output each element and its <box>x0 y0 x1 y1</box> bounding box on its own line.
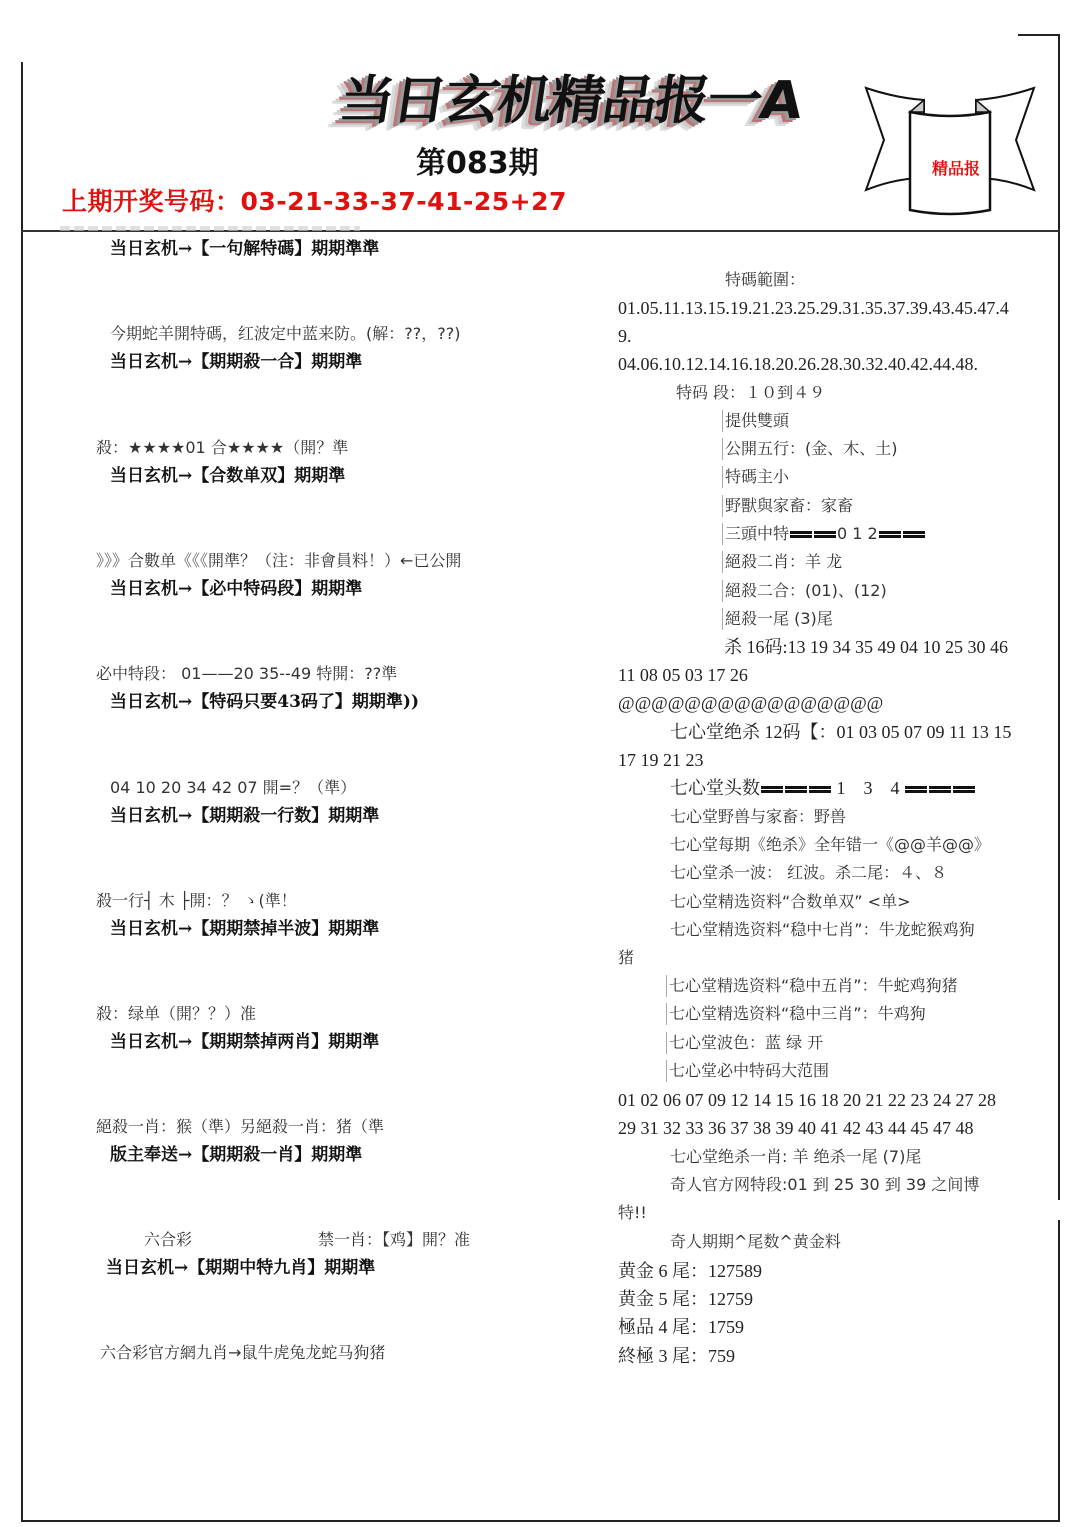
tail-label: 黄金 5 尾： <box>618 1289 708 1309</box>
tail-label: 終極 3 尾： <box>618 1346 708 1366</box>
range-odd-numbers: 01.05.11.13.15.19.21.23.25.29.31.35.37.3… <box>618 297 1009 319</box>
tail-row: 黄金 5 尾：12759 <box>618 1288 753 1310</box>
special-segment: 特码 段：１０到４９ <box>676 382 825 404</box>
kill16-numbers: 13 19 34 35 49 04 10 25 30 46 <box>788 637 1009 657</box>
bar-decoration <box>879 531 901 538</box>
qxt-line: 七心堂每期《绝杀》全年错一《@@羊@@》 <box>670 834 990 856</box>
info-item: 提供雙頭 <box>722 410 789 432</box>
section-heading: 当日玄机→【期期禁掉两肖】期期準 <box>110 1031 379 1053</box>
qxt-line: 七心堂波色：蓝 绿 开 <box>666 1032 823 1054</box>
info-item: 野獸與家畜：家畜 <box>722 495 853 517</box>
section-detail: 絕殺一肖：猴（準）另絕殺一肖：猪（準 <box>96 1116 384 1138</box>
at-divider: @@@@@@@@@@@@@@@@ <box>618 692 883 714</box>
tail-label: 極品 4 尾： <box>618 1317 708 1337</box>
bar-decoration <box>785 786 807 793</box>
section-detail: 必中特段： 01——20 35--49 特開：??準 <box>96 663 397 685</box>
qxt-heads-label: 七心堂头数 <box>670 778 760 798</box>
range-odd-numbers-wrap: 9. <box>618 325 632 347</box>
qxt-line: 七心堂精选资料“稳中三肖”：牛鸡狗 <box>666 1003 926 1025</box>
tail-row: 終極 3 尾：759 <box>618 1345 735 1367</box>
range-title: 特碼範圍： <box>725 269 805 291</box>
big-range-numbers: 01 02 06 07 09 12 14 15 16 18 20 21 22 2… <box>618 1089 996 1111</box>
kill16-line: 杀 16码:13 19 34 35 49 04 10 25 30 46 <box>724 636 1008 658</box>
section-heading: 当日玄机→【特码只要43码了】期期準)) <box>110 691 419 713</box>
tail-value: 759 <box>708 1346 735 1366</box>
last-draw-numbers: 03-21-33-37-41-25+27 <box>241 187 567 216</box>
section-detail: 殺：★★★★01 合★★★★（開？準 <box>96 437 348 459</box>
bar-decoration <box>903 531 925 538</box>
last-draw-label: 上期开奖号码： <box>62 187 241 216</box>
qxt-line: 七心堂精选资料“合数单双” <单> <box>670 891 910 913</box>
qiren-segment-wrap: 特!! <box>618 1202 647 1224</box>
tail-row: 極品 4 尾：1759 <box>618 1316 744 1338</box>
page-border-right <box>1058 34 1060 1522</box>
section-heading: 当日玄机→【期期中特九肖】期期準 <box>106 1257 375 1279</box>
qxt-heads-numbers: 1 3 4 <box>837 778 900 798</box>
qxt-line: 七心堂杀一波： 红波。杀二尾：４、８ <box>670 862 947 884</box>
section-detail: 04 10 20 34 42 07 開=？（準） <box>110 777 356 799</box>
section-heading: 版主奉送→【期期殺一肖】期期準 <box>110 1144 362 1166</box>
kill16-numbers-wrap: 11 08 05 03 17 26 <box>618 664 748 686</box>
info-item: 絕殺二肖：羊 龙 <box>722 551 842 573</box>
bar-decoration <box>814 531 836 538</box>
kill16-label: 杀 16码: <box>724 637 788 657</box>
qxt-kill-one: 七心堂绝杀一肖: 羊 绝杀一尾 (7)尾 <box>670 1146 921 1168</box>
bar-decoration <box>905 786 927 793</box>
three-heads-label: 三頭中特 <box>725 524 789 543</box>
tail-value: 12759 <box>708 1289 753 1309</box>
section-detail-left: 六合彩 <box>144 1229 192 1251</box>
section-detail: 》》》合數单《《《開準？（注：非會員料！）←已公開 <box>96 550 461 572</box>
qxt-kill12-label: 七心堂绝杀 12码【： <box>670 722 837 742</box>
issue-number: 第083期 <box>416 138 539 182</box>
badge-label: 精品报 <box>932 156 980 179</box>
section-heading: 当日玄机→【合数单双】期期準 <box>110 465 345 487</box>
info-item: 特碼主小 <box>722 466 789 488</box>
qxt-line-wrap: 猪 <box>618 947 634 969</box>
ribbon-banner-icon <box>862 84 1038 220</box>
three-heads-numbers: 0 1 2 <box>837 524 878 543</box>
page-title: 当日玄机精品报一A <box>336 58 807 133</box>
section-detail: 今期蛇羊開特碼，红波定中蓝来防。(解：??，??) <box>110 323 460 345</box>
bar-decoration <box>809 786 831 793</box>
section-detail: 殺一行┤ 木 ├開：？ ゝ(準！ <box>96 890 297 912</box>
tail-value: 1759 <box>708 1317 744 1337</box>
qxt-line: 七心堂野兽与家畜：野兽 <box>670 806 846 828</box>
page-border-left <box>21 62 23 1522</box>
qxt-kill12-wrap: 17 19 21 23 <box>618 749 704 771</box>
section-detail: 六合彩官方網九肖→鼠牛虎兔龙蛇马狗猪 <box>100 1342 385 1364</box>
section-heading: 当日玄机→【必中特码段】期期準 <box>110 578 362 600</box>
qiren-title: 奇人期期^尾数^黄金料 <box>670 1231 841 1253</box>
big-range-numbers-wrap: 29 31 32 33 36 37 38 39 40 41 42 43 44 4… <box>618 1117 974 1139</box>
tail-label: 黄金 6 尾： <box>618 1261 708 1281</box>
qxt-line: 七心堂精选资料“稳中七肖”：牛龙蛇猴鸡狗 <box>670 919 975 941</box>
info-item: 公開五行：(金、木、土) <box>722 438 898 460</box>
page-border-gap <box>1056 1200 1062 1220</box>
qxt-line: 七心堂必中特码大范围 <box>666 1060 829 1082</box>
section-detail: 殺：绿单（開？？）准 <box>96 1003 256 1025</box>
tail-value: 127589 <box>708 1261 762 1281</box>
range-even-numbers: 04.06.10.12.14.16.18.20.26.28.30.32.40.4… <box>618 353 978 375</box>
bar-decoration <box>761 786 783 793</box>
page-border-bottom <box>21 1520 1060 1522</box>
qxt-heads-line: 七心堂头数 1 3 4 <box>670 777 976 799</box>
bar-decoration <box>953 786 975 793</box>
section-detail-right: 禁一肖：【鸡】開？准 <box>318 1229 470 1251</box>
info-item: 絕殺二合：(01)、(12) <box>722 580 887 602</box>
section-heading: 当日玄机→【期期殺一行数】期期準 <box>110 805 379 827</box>
three-heads-line: 三頭中特0 1 2 <box>722 523 926 545</box>
bar-decoration <box>790 531 812 538</box>
bar-decoration <box>929 786 951 793</box>
qxt-kill12-numbers: 01 03 05 07 09 11 13 15 <box>837 722 1012 742</box>
qxt-kill12-line: 七心堂绝杀 12码【：01 03 05 07 09 11 13 15 <box>670 721 1011 743</box>
last-draw-result: 上期开奖号码：03-21-33-37-41-25+27 <box>62 182 567 218</box>
page-border-top-corner <box>1018 34 1060 36</box>
qxt-line: 七心堂精选资料“稳中五肖”：牛蛇鸡狗猪 <box>666 975 958 997</box>
faded-text-line <box>60 226 360 231</box>
qiren-segment: 奇人官方网特段:01 到 25 30 到 39 之间博 <box>670 1174 979 1196</box>
tail-row: 黄金 6 尾：127589 <box>618 1260 762 1282</box>
section-heading: 当日玄机→【期期殺一合】期期準 <box>110 351 362 373</box>
section-heading: 当日玄机→【一句解特碼】期期準準 <box>110 238 379 260</box>
section-heading: 当日玄机→【期期禁掉半波】期期準 <box>110 918 379 940</box>
info-item: 絕殺一尾 (3)尾 <box>722 608 833 630</box>
